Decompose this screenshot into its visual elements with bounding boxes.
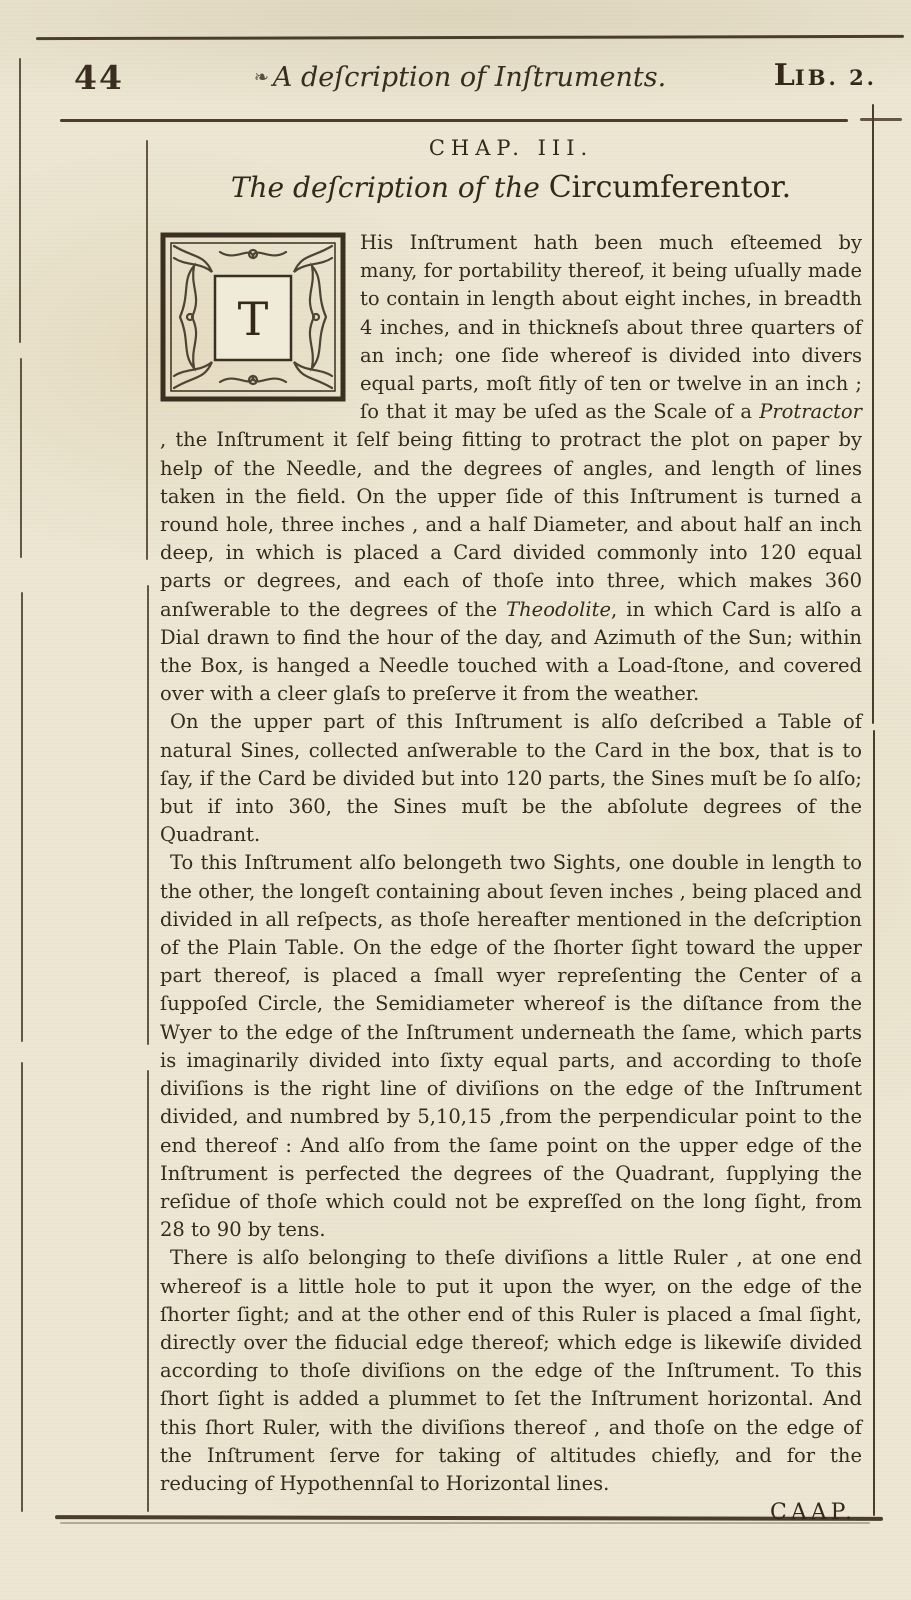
paragraph-italic-text: Protractor — [759, 400, 862, 423]
book-page: 44 ❧A deſcription of Inſtruments. LIB. 2… — [0, 0, 911, 1600]
paragraph: On the upper part of this Inſtrument is … — [160, 708, 862, 849]
page-number: 44 — [74, 58, 124, 97]
paragraph: To this Inſtrument alſo belongeth two Si… — [160, 849, 862, 1244]
book-label-rest: IB. 2. — [795, 65, 877, 90]
paragraph-text: On the upper part of this Inſtrument is … — [160, 710, 862, 846]
paragraph: There is alſo belonging to theſe diviſio… — [160, 1244, 862, 1498]
running-title: ❧A deſcription of Inſtruments. — [180, 62, 740, 93]
printers-flower-icon: ❧ — [254, 67, 269, 88]
body-text: T His Inſtrument hath been much eſteemed… — [160, 229, 862, 1498]
paragraph-text: , the Inſtrument it ſelf being fitting t… — [160, 428, 862, 620]
column-rule-left — [147, 585, 149, 1045]
page-edge-rule — [21, 592, 23, 1042]
column-rule-left — [146, 140, 148, 560]
book-label-initial: L — [774, 58, 795, 93]
paragraph-text: His Inſtrument hath been much eſteemed b… — [360, 231, 862, 423]
page-edge-rule — [20, 358, 22, 558]
ornamental-initial-icon: T — [160, 232, 346, 402]
column-rule-right — [872, 104, 874, 724]
text-column: CHAP. III. The deſcription of the Circum… — [160, 136, 862, 1525]
page-edge-rule — [19, 58, 21, 343]
chapter-title: The deſcription of the Circumferentor. — [160, 170, 862, 205]
book-label: LIB. 2. — [774, 58, 877, 93]
dropcap-letter: T — [238, 292, 269, 346]
running-title-text: A deſcription of Inſtruments. — [273, 62, 666, 93]
chapter-heading: CHAP. III. — [160, 136, 862, 160]
top-rule — [36, 35, 904, 40]
column-rule-left — [147, 1070, 149, 1512]
paragraph-text: To this Inſtrument alſo belongeth two Si… — [160, 851, 862, 1241]
page-edge-rule — [21, 1062, 23, 1512]
catchword: CAAP. — [160, 1500, 862, 1525]
header-rule-end — [860, 118, 902, 121]
column-rule-right — [873, 730, 875, 1516]
header-rule — [60, 119, 848, 122]
paragraph-italic-text: Theodolite — [506, 598, 611, 621]
chapter-title-roman: Circumferentor. — [549, 170, 791, 205]
chapter-title-italic: The deſcription of the — [231, 171, 549, 204]
paragraph-text: There is alſo belonging to theſe diviſio… — [160, 1246, 862, 1495]
